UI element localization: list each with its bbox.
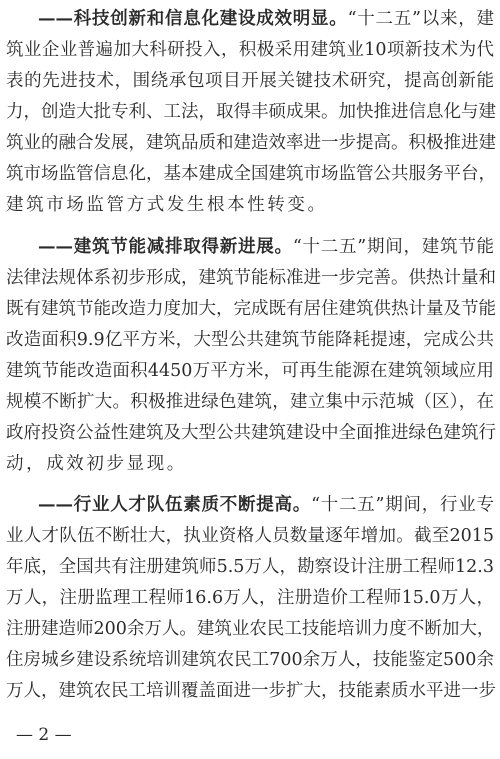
paragraph-2-line-2: 法律法规体系初步形成，建筑节能标准进一步完善。供热计量和 [6, 263, 494, 293]
paragraph-3-line-2: 业人才队伍不断壮大，执业资格人员数量逐年增加。截至2015 [6, 521, 494, 551]
paragraph-1-line-3: 表的先进技术，围绕承包项目开展关键技术研究，提高创新能 [6, 66, 494, 96]
paragraph-3-text: “十二五”期间，行业专 [311, 495, 494, 515]
document-page: ——科技创新和信息化建设成效明显。“十二五”以来，建 筑业企业普遍加大科研投入，… [0, 0, 500, 759]
paragraph-2-line-6: 规模不断扩大。积极推进绿色建筑，建立集中示范城（区），在 [6, 387, 494, 417]
paragraph-3-line-5: 注册建造师200余万人。建筑业农民工技能培训力度不断加大， [6, 614, 494, 644]
paragraph-1-line-1: ——科技创新和信息化建设成效明显。“十二五”以来，建 [38, 4, 494, 34]
paragraph-2-line-3: 既有建筑节能改造力度加大，完成既有居住建筑供热计量及节能 [6, 294, 494, 324]
paragraph-2-line-5: 建筑节能改造面积4450万平方米，可再生能源在建筑领域应用 [6, 356, 494, 386]
paragraph-3-line-1: ——行业人才队伍素质不断提高。“十二五”期间，行业专 [38, 490, 494, 520]
paragraph-3-line-4: 万人，注册监理工程师16.6万人，注册造价工程师15.0万人， [6, 583, 494, 613]
paragraph-1-line-5: 筑业的融合发展，建筑品质和建造效率进一步提高。积极推进建 [6, 128, 494, 158]
paragraph-1-line-6: 筑市场监管信息化，基本建成全国建筑市场监管公共服务平台， [6, 159, 494, 189]
paragraph-2-text: “十二五”期间，建筑节能 [293, 237, 494, 257]
paragraph-3-heading: ——行业人才队伍素质不断提高。 [38, 495, 311, 515]
paragraph-1-text: “十二五”以来，建 [348, 9, 494, 29]
paragraph-1-line-4: 力，创造大批专利、工法，取得丰硕成果。加快推进信息化与建 [6, 97, 494, 127]
page-number: — 2 — [16, 724, 72, 746]
paragraph-2-heading: ——建筑节能减排取得新进展。 [38, 237, 293, 257]
paragraph-3-line-7: 万人，建筑农民工培训覆盖面进一步扩大，技能素质水平进一步 [6, 676, 494, 706]
paragraph-2-line-8: 动，成效初步显现。 [6, 449, 494, 479]
paragraph-2-line-7: 政府投资公益性建筑及大型公共建筑建设中全面推进绿色建筑行 [6, 418, 494, 448]
paragraph-2-line-1: ——建筑节能减排取得新进展。“十二五”期间，建筑节能 [38, 232, 494, 262]
paragraph-1-line-2: 筑业企业普遍加大科研投入，积极采用建筑业10项新技术为代 [6, 35, 494, 65]
paragraph-2-line-4: 改造面积9.9亿平方米，大型公共建筑节能降耗提速，完成公共 [6, 325, 494, 355]
paragraph-1-line-7: 建筑市场监管方式发生根本性转变。 [6, 190, 494, 220]
paragraph-1-heading: ——科技创新和信息化建设成效明显。 [38, 9, 348, 29]
paragraph-3-line-3: 年底，全国共有注册建筑师5.5万人，勘察设计注册工程师12.3 [6, 552, 494, 582]
paragraph-3-line-6: 住房城乡建设系统培训建筑农民工700余万人，技能鉴定500余 [6, 645, 494, 675]
